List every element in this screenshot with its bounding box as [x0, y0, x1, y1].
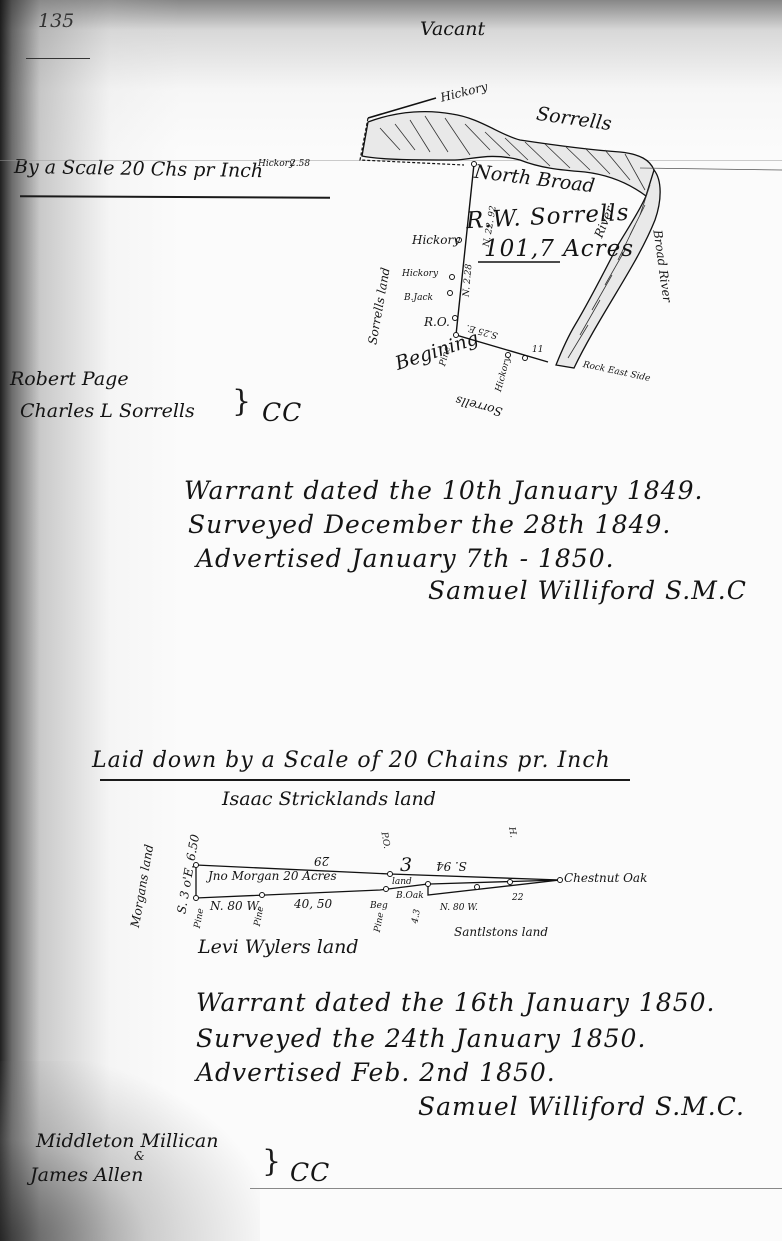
plat2-post-oak: P.O.: [379, 831, 391, 849]
plat2-land: land: [392, 878, 412, 887]
plat2-dist-south: 40, 50: [294, 898, 332, 910]
entry2-name-1: Middleton Millican: [36, 1132, 219, 1151]
plat2-map: [0, 0, 782, 1000]
entry2-name-2: James Allen: [30, 1166, 143, 1185]
entry2-signature: Samuel Williford S.M.C.: [418, 1094, 745, 1119]
plat2-hickory: H.: [506, 826, 517, 838]
plat2-dist-se: 22: [512, 894, 523, 903]
plat2-beg: Beg: [370, 902, 388, 911]
plat2-bearing-south: N. 80 W.: [210, 900, 261, 912]
ruled-line: [250, 1188, 782, 1189]
entry2-warrant: Warrant dated the 16th January 1850.: [196, 990, 715, 1015]
plat2-dist-top-1: 29: [314, 855, 329, 867]
plat2-b-oak: B.Oak: [396, 892, 424, 901]
entry2-brace: }: [262, 1144, 281, 1179]
entry2-ampersand: &: [134, 1150, 145, 1162]
plat2-dist-top-2: 3: [400, 856, 412, 875]
plat2-corner-east: Chestnut Oak: [564, 872, 647, 884]
entry2-advertised: Advertised Feb. 2nd 1850.: [196, 1060, 556, 1085]
plat2-dist-top-3: S. 94: [436, 860, 467, 872]
entry2-cc: CC: [290, 1160, 330, 1185]
plat2-bearing-se: N. 80 W.: [440, 904, 478, 913]
plat2-label-southeast: Santlstons land: [454, 926, 548, 938]
entry2-surveyed: Surveyed the 24th January 1850.: [196, 1026, 646, 1051]
plat2-tract: Jno Morgan 20 Acres: [208, 870, 337, 882]
plat2-label-south: Levi Wylers land: [198, 938, 359, 957]
